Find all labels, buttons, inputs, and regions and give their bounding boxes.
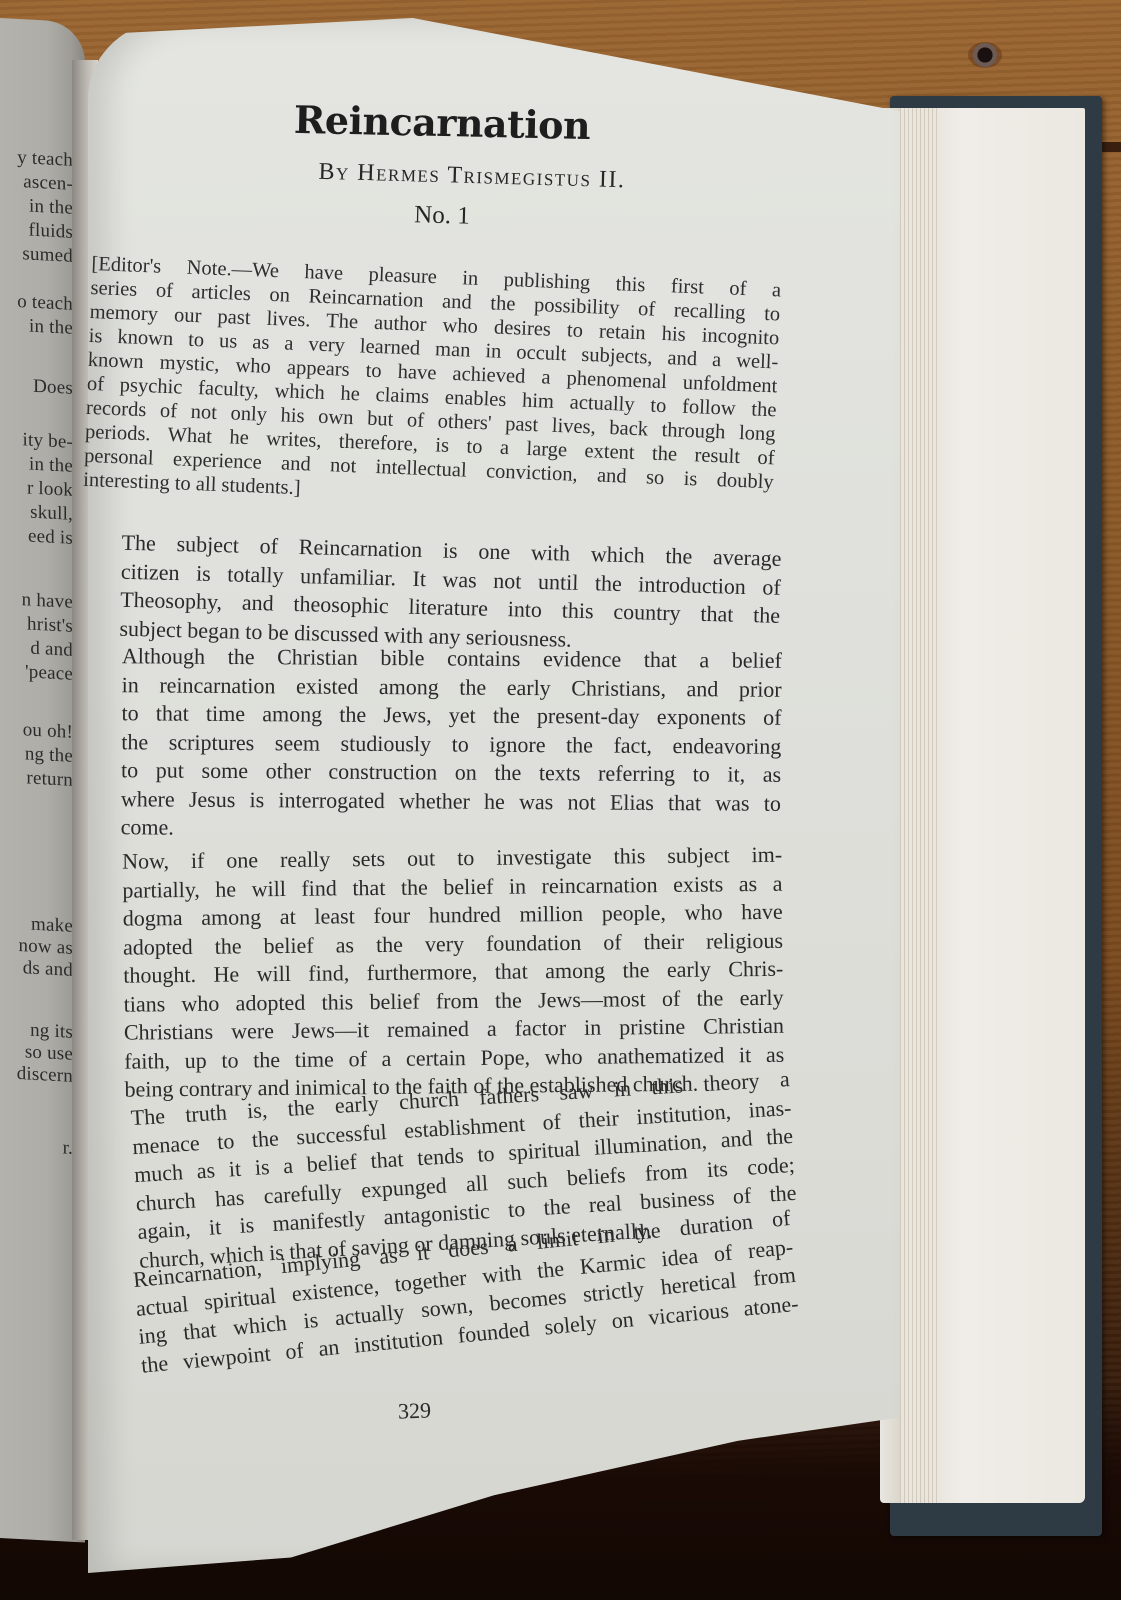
facing-page-text-fragment: hrist's: [27, 613, 73, 637]
facing-page-text-fragment: in the: [29, 196, 73, 220]
facing-page-text-fragment: eed is: [28, 526, 73, 550]
facing-page-text-fragment: ascen-: [23, 171, 73, 196]
facing-page-text-fragment: sumed: [22, 243, 73, 268]
page-number: 329: [398, 1397, 432, 1424]
paragraph-line: Although the Christian bible contains ev…: [92, 642, 782, 675]
paragraph-line: to that time among the Jews, yet the pre…: [91, 699, 781, 732]
facing-page-text-fragment: y teach: [17, 147, 73, 172]
page-block-edges: [880, 108, 1085, 1503]
paragraph-line: where Jesus is interrogated whether he w…: [91, 784, 781, 817]
facing-page-text-fragment: ou oh!: [23, 719, 73, 744]
facing-page-text-fragment: n have: [22, 589, 73, 614]
facing-page-text-fragment: ds and: [23, 957, 73, 982]
wood-knot: [968, 42, 1002, 68]
facing-page-text-fragment: ng the: [25, 743, 73, 768]
facing-page-text-fragment: now as: [19, 935, 74, 960]
facing-page-text-fragment: in the: [29, 454, 73, 478]
facing-page-text-fragment: o teach: [17, 291, 73, 316]
editors-note: [Editor's Note.—We have pleasure in publ…: [83, 252, 782, 518]
paragraph-2: Although the Christian bible contains ev…: [91, 642, 782, 846]
facing-page-text-fragment: d and: [30, 638, 73, 662]
article-number: No. 1: [292, 198, 593, 234]
paragraph-3: Now, if one really sets out to investiga…: [92, 840, 785, 1104]
article-title: Reincarnation: [212, 95, 673, 150]
article-content: Reincarnation By Hermes Trismegistus II.…: [92, 96, 792, 1383]
facing-page-text-fragment: discern: [17, 1063, 73, 1088]
facing-page-text-fragment: so use: [25, 1041, 73, 1066]
page-edge-lines: [900, 108, 940, 1503]
facing-page-text-fragment: return: [26, 767, 73, 791]
facing-page-text-fragment: in the: [29, 316, 73, 340]
facing-page-text-fragment: Does: [33, 376, 73, 400]
facing-page-text-fragment: r look: [27, 477, 73, 501]
facing-page-text-fragment: make: [31, 914, 73, 938]
article-byline: By Hermes Trismegistus II.: [232, 156, 713, 196]
facing-page-text-fragment: ity be-: [23, 429, 73, 454]
paragraph-line: to put some other construction on the te…: [91, 756, 781, 789]
facing-page-text-fragment: ng its: [30, 1020, 73, 1044]
facing-page-text-fragment: skull,: [30, 502, 73, 526]
facing-page-text-fragment: fluids: [29, 220, 73, 244]
paragraph-1: The subject of Reincarnation is one with…: [89, 528, 782, 659]
facing-page-text-fragment: 'peace: [25, 661, 73, 686]
